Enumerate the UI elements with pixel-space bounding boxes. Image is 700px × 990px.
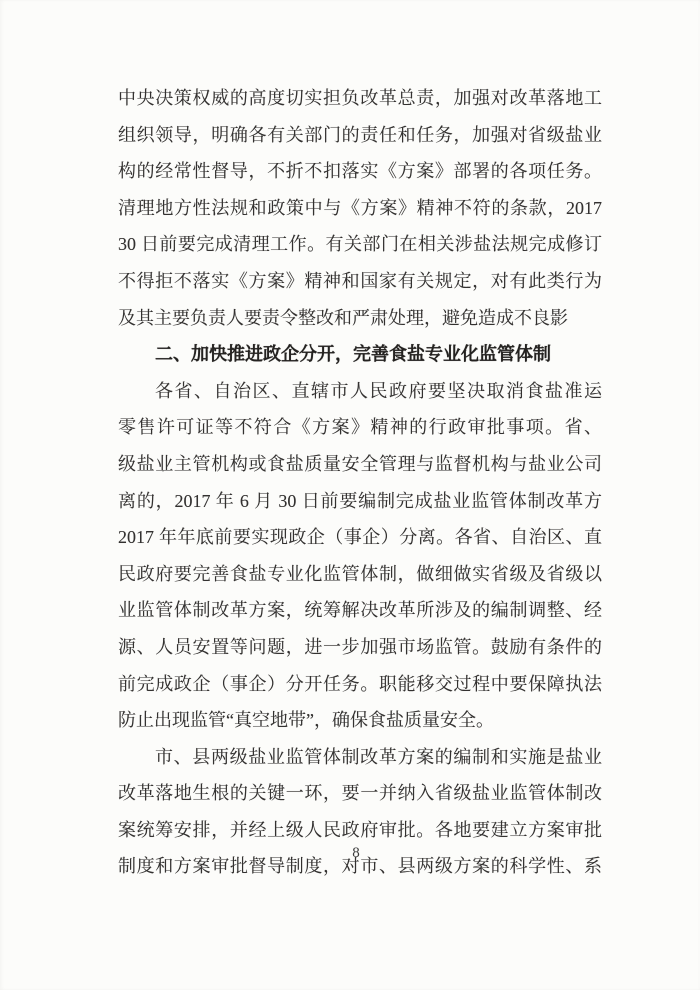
text-line: 30 日前要完成清理工作。有关部门在相关涉盐法规完成修订前，: [118, 226, 602, 263]
text-line: 离的，2017 年 6 月 30 日前要编制完成盐业监管体制改革方案，: [118, 483, 602, 520]
section-heading: 二、加快推进政企分开，完善食盐专业化监管体制: [118, 336, 602, 373]
text-line: 改革落地生根的关键一环，要一并纳入省级盐业监管体制改革方: [118, 775, 602, 812]
text-line: 前完成政企（事企）分开任务。职能移交过程中要保障执法经费，: [118, 666, 602, 703]
page-number: 8: [0, 845, 700, 862]
text-line: 构的经常性督导，不折不扣落实《方案》部署的各项任务。要加快: [118, 153, 602, 190]
text-line: 2017 年年底前要实现政企（事企）分离。各省、自治区、直辖市人: [118, 519, 602, 556]
scan-speck: [466, 207, 469, 210]
text-line: 及其主要负责人要责令整改和严肃处理，避免造成不良影响。: [118, 300, 602, 337]
text-line: 源、人员安置等问题，进一步加强市场监管。鼓励有条件的地方提: [118, 629, 602, 666]
text-line: 防止出现监管“真空地带”，确保食盐质量安全。: [118, 702, 602, 739]
text-line: 各省、自治区、直辖市人民政府要坚决取消食盐准运证、食盐: [118, 373, 602, 410]
text-block: 中央决策权威的高度切实担负改革总责，加强对改革落地工作的组织领导，明确各有关部门…: [118, 80, 602, 885]
text-line: 清理地方性法规和政策中与《方案》精神不符的条款，2017 年 6 月: [118, 190, 602, 227]
scanned-document-page: 中央决策权威的高度切实担负改革总责，加强对改革落地工作的组织领导，明确各有关部门…: [0, 0, 700, 990]
text-line: 组织领导，明确各有关部门的责任和任务，加强对省级盐业主管机: [118, 117, 602, 154]
text-line: 中央决策权威的高度切实担负改革总责，加强对改革落地工作的: [118, 80, 602, 117]
text-line: 业监管体制改革方案，统筹解决改革所涉及的编制调整、经费来: [118, 592, 602, 629]
text-line: 零售许可证等不符合《方案》精神的行政审批事项。省、市、县三: [118, 409, 602, 446]
scan-speck: [162, 470, 164, 472]
text-line: 民政府要完善食盐专业化监管体制，做细做实省级及省级以下盐: [118, 556, 602, 593]
text-line: 市、县两级盐业监管体制改革方案的编制和实施是盐业体制: [118, 739, 602, 776]
text-line: 案统筹安排，并经上级人民政府审批。各地要建立方案审批责任: [118, 812, 602, 849]
text-line: 级盐业主管机构或食盐质量安全管理与监督机构与盐业公司未分: [118, 446, 602, 483]
text-line: 不得拒不落实《方案》精神和国家有关规定，对有此类行为的机构: [118, 263, 602, 300]
